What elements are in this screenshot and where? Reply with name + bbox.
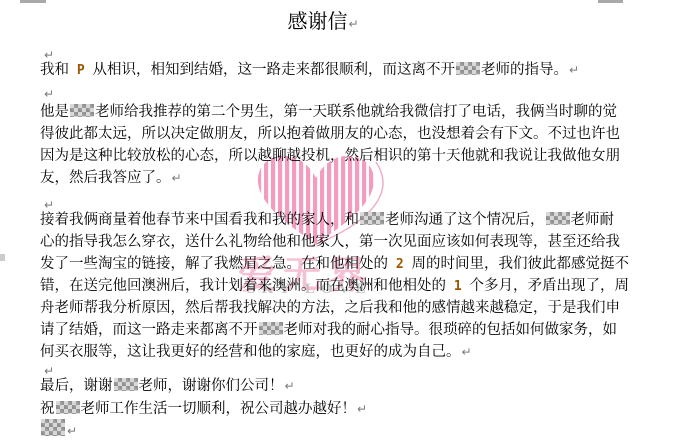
text-line: 得彼此都太远，所以决定做朋友，所以抱着做朋友的心态，也没想着会有下文。不过也许也 xyxy=(40,125,620,143)
redacted-name-mosaic xyxy=(259,322,283,335)
highlighted-latin-run: 1 xyxy=(446,279,469,294)
redacted-name-mosaic xyxy=(56,401,80,414)
text-run: 老师对我的耐心指导。很琐碎的包括如何做家务，如 xyxy=(284,322,618,338)
text-run: 祝 xyxy=(40,401,55,417)
text-run: 感谢信 xyxy=(287,11,347,33)
highlighted-latin-run: 2 xyxy=(388,257,411,272)
text-run: 最后，谢谢 xyxy=(40,378,113,394)
text-run: 舟老师帮我分析原因，然后帮我找解决的方法，之后我和他的感情越来越稳定，于是我们申 xyxy=(40,300,620,316)
text-run: 老师沟通了这个情况后， xyxy=(385,212,545,228)
text-line: 祝老师工作生活一切顺利，祝公司越办越好！↵ xyxy=(40,400,367,418)
text-line: 何买衣服等，这让我更好的经营和他的家庭，也更好的成为自己。↵ xyxy=(40,343,472,361)
pilcrow-mark: ↵ xyxy=(285,379,295,393)
redacted-name-mosaic xyxy=(360,212,384,225)
text-run: 友，然后我答应了。 xyxy=(40,170,171,186)
pilcrow-mark: ↵ xyxy=(348,17,358,31)
text-line: ↵ xyxy=(40,419,77,440)
text-line: 舟老师帮我分析原因，然后帮我找解决的方法，之后我和他的感情越来越稳定，于是我们申 xyxy=(40,299,620,317)
text-line: 请了结婚，而这一路走来都离不开老师对我的耐心指导。很琐碎的包括如何做家务，如 xyxy=(40,321,617,339)
pilcrow-mark: ↵ xyxy=(67,424,77,438)
text-line: 接着我俩商量着他春节来中国看我和我的家人，和老师沟通了这个情况后，老师耐 xyxy=(40,211,614,229)
text-run: 他是 xyxy=(40,104,69,120)
pilcrow-mark: ↵ xyxy=(172,171,182,185)
text-line: 错，在送完他回澳洲后，我计划着来澳洲。而在澳洲和他相处的 1 个多月，矛盾出现了… xyxy=(40,277,629,296)
text-run: 何买衣服等，这让我更好的经营和他的家庭，也更好的成为自己。 xyxy=(40,344,461,360)
page-title: 感谢信↵ xyxy=(0,11,646,35)
redacted-name-mosaic xyxy=(70,104,94,117)
redacted-name-mosaic xyxy=(456,62,480,75)
text-run: 因为是这种比较放松的心态，所以越聊越投机，然后相识的第十天他就和我说让我做他女朋 xyxy=(40,148,620,164)
pilcrow-mark: ↵ xyxy=(569,63,579,77)
text-line: 因为是这种比较放松的心态，所以越聊越投机，然后相识的第十天他就和我说让我做他女朋 xyxy=(40,147,620,165)
text-run: 老师，谢谢你们公司！ xyxy=(139,378,284,394)
text-run: 从相识，相知到结婚，这一路走来都很顺利，而这离不开 xyxy=(92,62,455,78)
redacted-name-mosaic xyxy=(114,378,138,391)
pilcrow-mark: ↵ xyxy=(44,364,54,378)
pilcrow-mark: ↵ xyxy=(44,87,54,101)
text-run: 接着我俩商量着他春节来中国看我和我的家人，和 xyxy=(40,212,359,228)
text-run: 周的时间里，我们彼此都感觉挺不 xyxy=(411,256,629,272)
pilcrow-mark: ↵ xyxy=(462,345,472,359)
redacted-name-mosaic xyxy=(546,212,570,225)
pilcrow-mark: ↵ xyxy=(357,402,367,416)
text-run: 老师工作生活一切顺利，祝公司越办越好！ xyxy=(81,401,357,417)
text-run: 错，在送完他回澳洲后，我计划着来澳洲。而在澳洲和他相处的 xyxy=(40,278,446,294)
text-line: 友，然后我答应了。↵ xyxy=(40,169,182,187)
document-text-area: 感谢信↵↵我和 P 从相识，相知到结婚，这一路走来都很顺利，而这离不开老师的指导… xyxy=(0,0,686,441)
text-line: 发了一些淘宝的链接，解了我燃眉之急。在和他相处的 2 周的时间里，我们彼此都感觉… xyxy=(40,255,629,274)
redacted-name-mosaic xyxy=(41,419,65,436)
pilcrow-mark: ↵ xyxy=(44,48,54,62)
text-run: 个多月，矛盾出现了，周 xyxy=(469,278,629,294)
text-run: 老师给我推荐的第二个男生，第一天联系他就给我微信打了电话，我俩当时聊的觉 xyxy=(95,104,617,120)
text-line: 最后，谢谢老师，谢谢你们公司！↵ xyxy=(40,377,295,395)
pilcrow-mark: ↵ xyxy=(44,198,54,212)
text-run: 发了一些淘宝的链接，解了我燃眉之急。在和他相处的 xyxy=(40,256,388,272)
text-run: 老师的指导。 xyxy=(481,62,568,78)
text-line: 他是老师给我推荐的第二个男生，第一天联系他就给我微信打了电话，我俩当时聊的觉 xyxy=(40,103,617,121)
text-run: 得彼此都太远，所以决定做朋友，所以抱着做朋友的心态，也没想着会有下文。不过也许也 xyxy=(40,126,620,142)
text-line: 我和 P 从相识，相知到结婚，这一路走来都很顺利，而这离不开老师的指导。↵ xyxy=(40,61,579,80)
text-line: 心的指导我怎么穿衣，送什么礼物给他和他家人，第一次见面应该如何表现等，甚至还给我 xyxy=(40,233,620,251)
text-run: 心的指导我怎么穿衣，送什么礼物给他和他家人，第一次见面应该如何表现等，甚至还给我 xyxy=(40,234,620,250)
highlighted-latin-run: P xyxy=(69,63,92,78)
text-run: 老师耐 xyxy=(571,212,615,228)
text-run: 请了结婚，而这一路走来都离不开 xyxy=(40,322,258,338)
text-run: 我和 xyxy=(40,62,69,78)
document-page[interactable]: 爱无界 SKY LOVE 感谢信↵↵我和 P 从相识，相知到结婚，这一路走来都很… xyxy=(0,0,686,441)
empty-paragraph: ↵ xyxy=(43,85,54,103)
